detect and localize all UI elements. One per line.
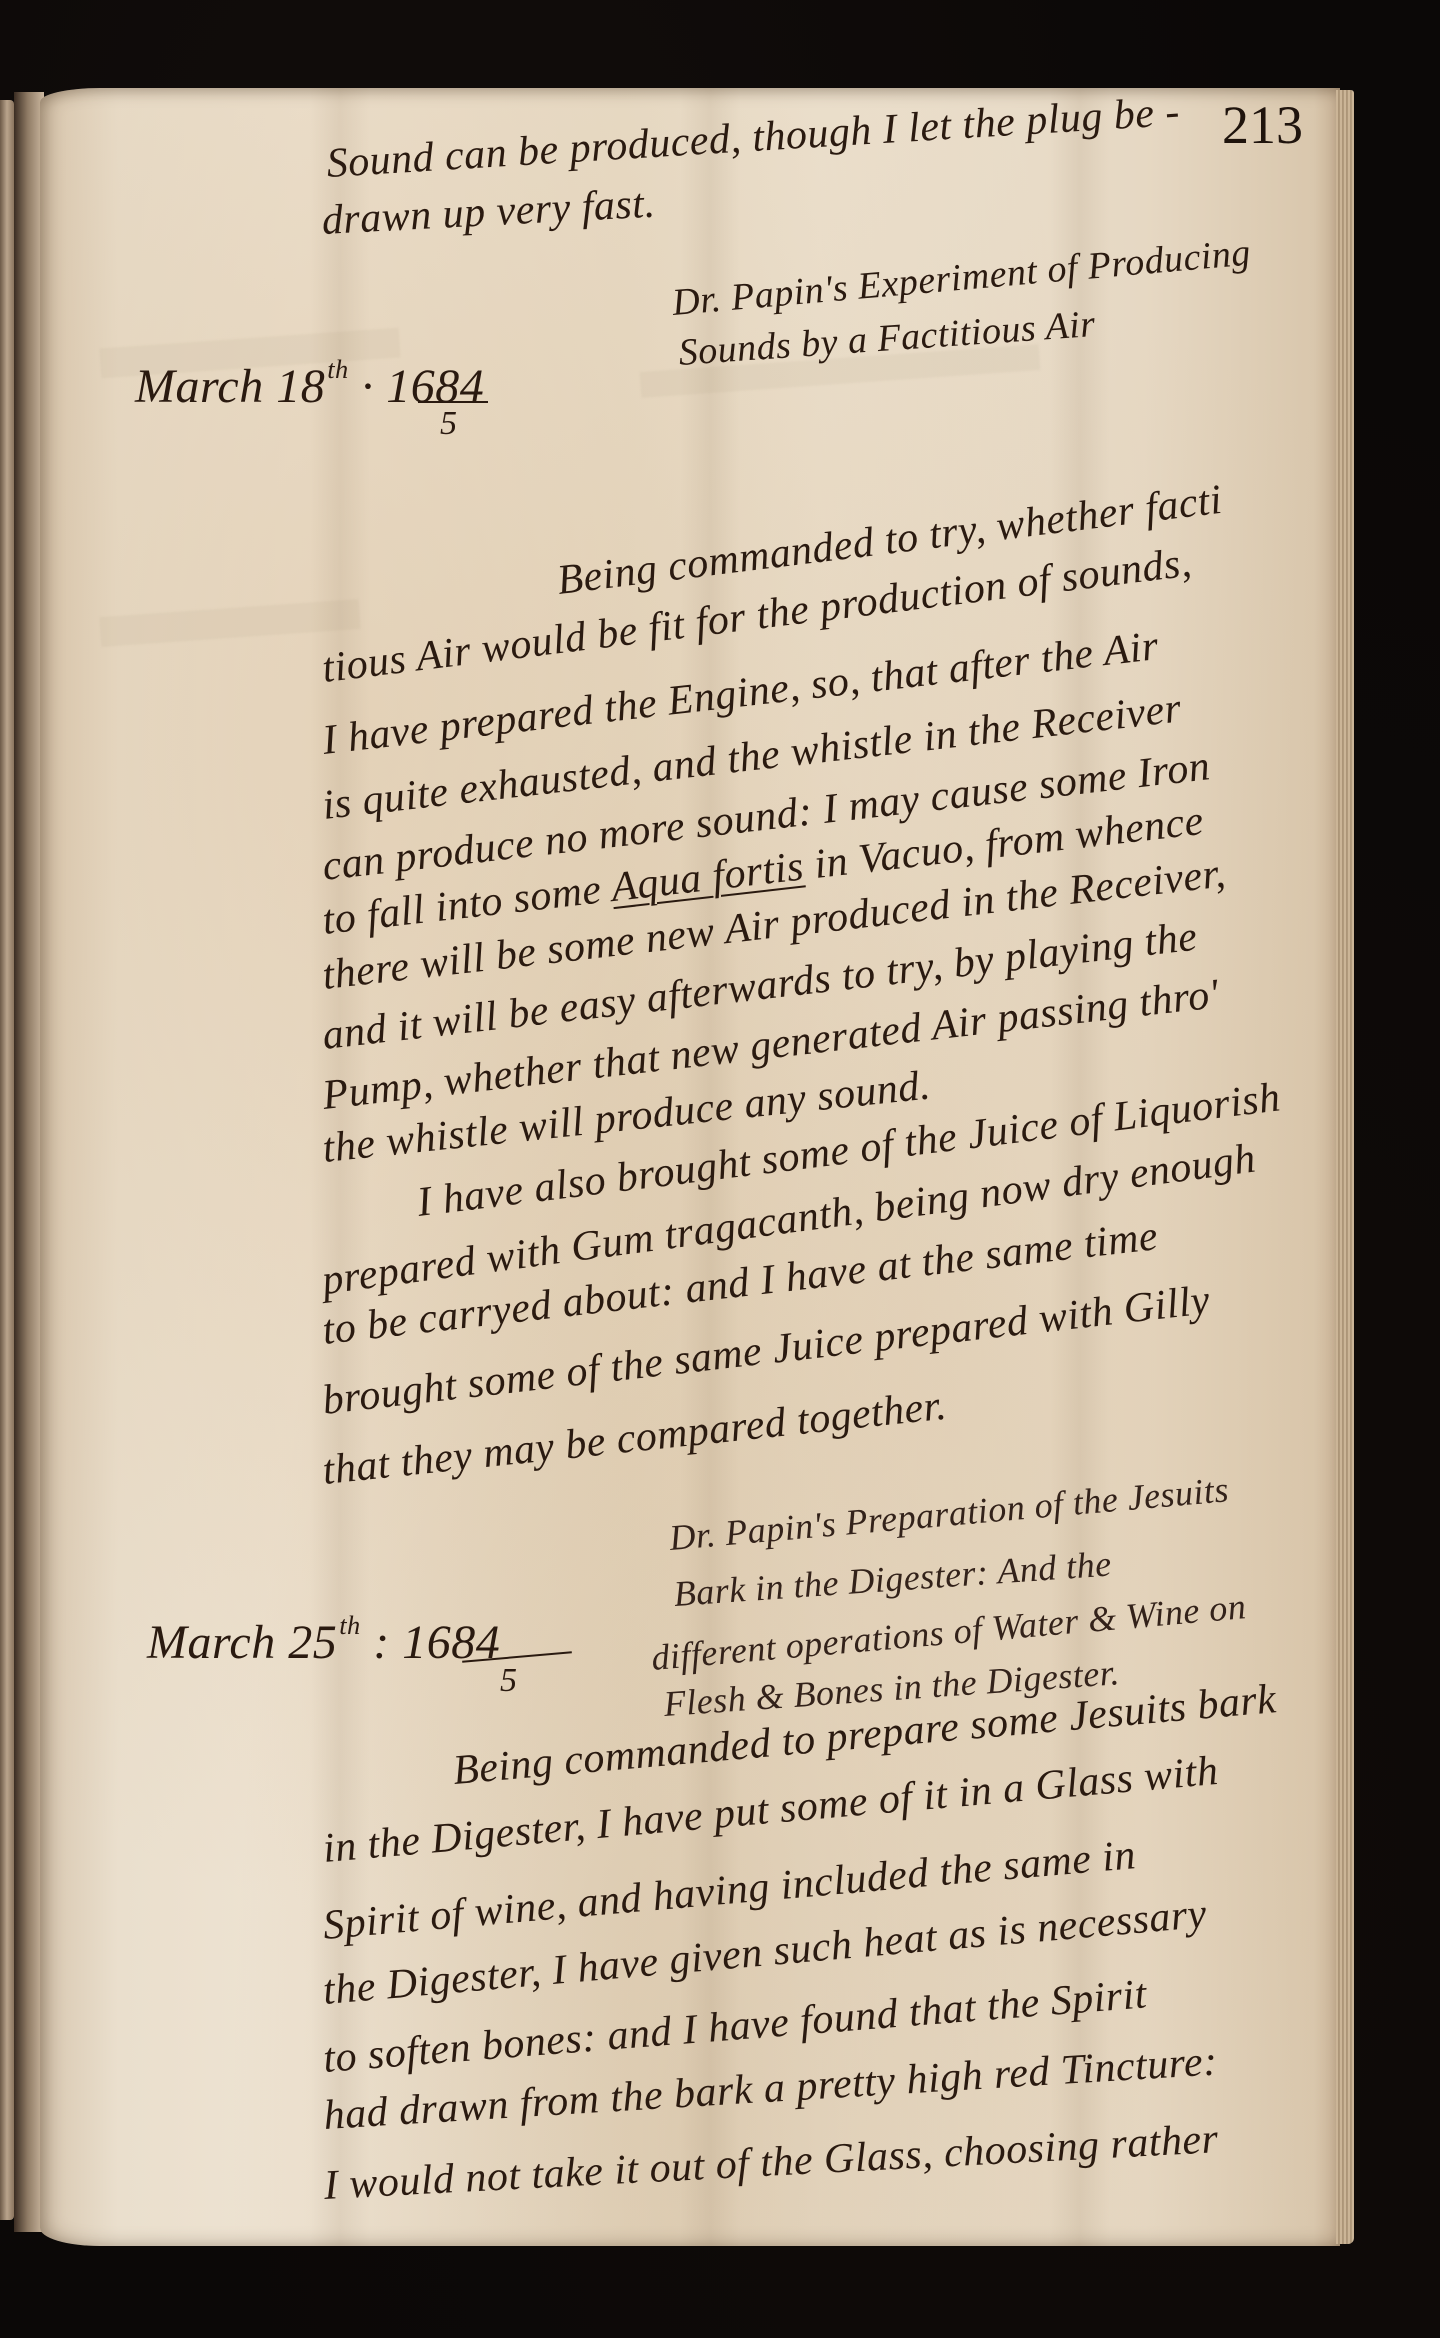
fraction-bar xyxy=(418,401,488,403)
page-number: 213 xyxy=(1222,94,1303,156)
entry1-date-separator: · xyxy=(361,360,374,413)
page-stack-edges xyxy=(1336,90,1354,2244)
entry2-date-year: 1684 xyxy=(402,1616,500,1669)
entry1-date-day: March 18 xyxy=(135,360,325,413)
previous-page-edge xyxy=(0,100,14,2220)
entry1-date-ordinal: th xyxy=(327,354,349,384)
entry2-date-day: March 25 xyxy=(147,1616,337,1669)
entry2-date-separator: : xyxy=(373,1616,389,1669)
entry2-date-year-alt: 5 xyxy=(500,1662,517,1700)
entry2-date: March 25th : 1684 xyxy=(147,1612,500,1667)
entry2-date-ordinal: th xyxy=(339,1610,361,1640)
entry1-date-year-alt: 5 xyxy=(440,405,457,443)
entry1-date-year: 1684 xyxy=(386,360,484,413)
